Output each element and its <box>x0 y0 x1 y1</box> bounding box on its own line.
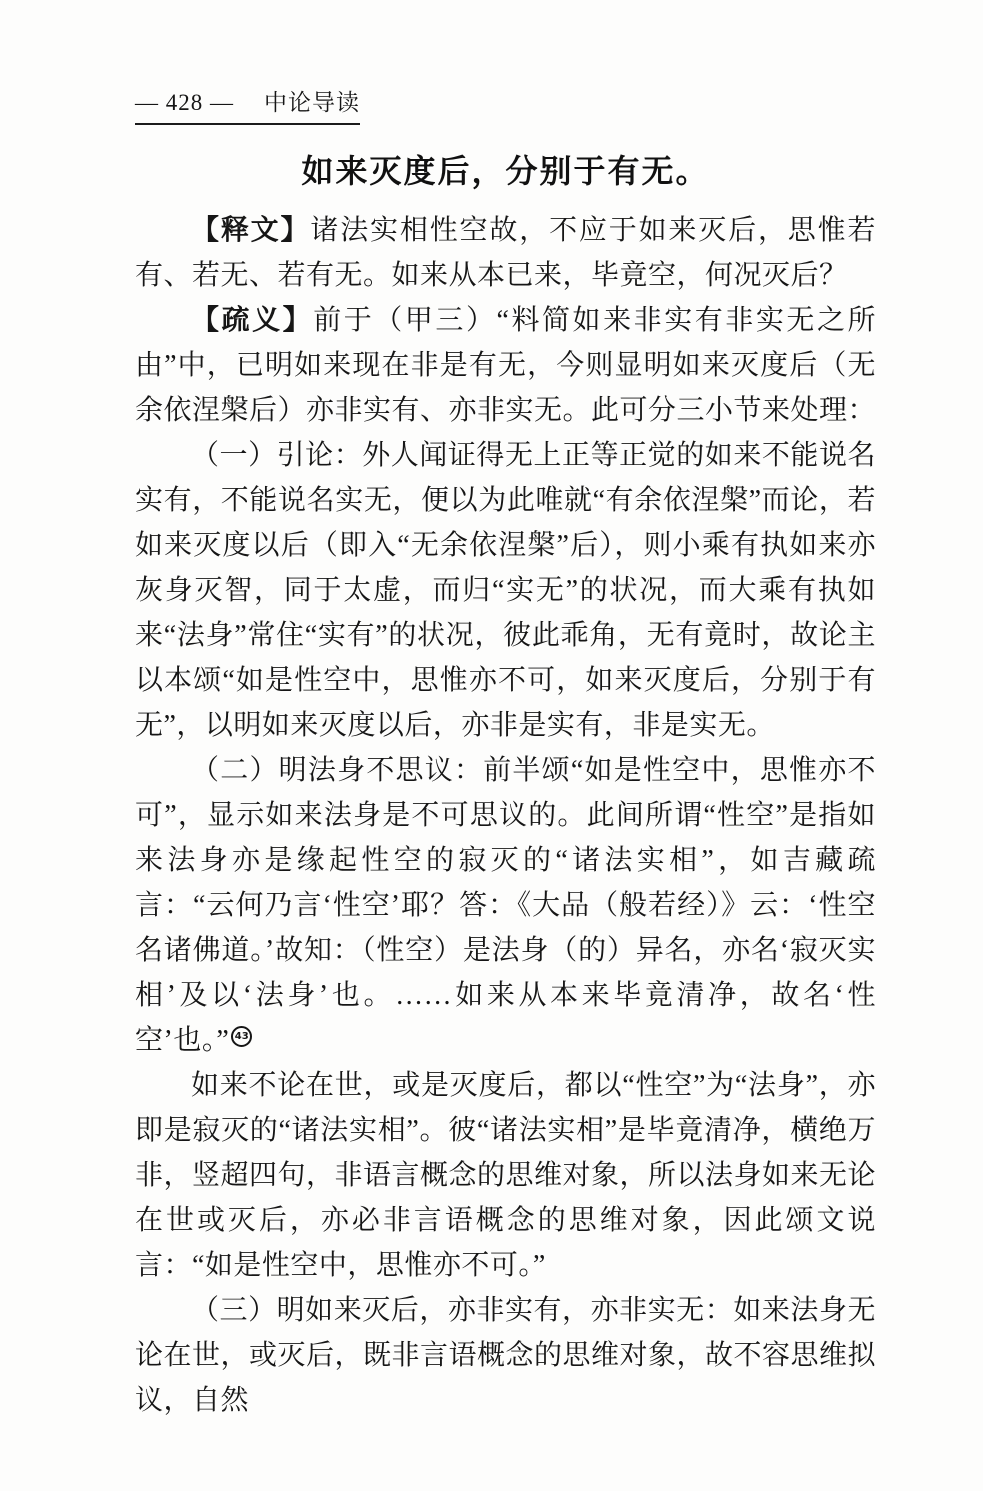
paragraph-shiwen: 【释文】诸法实相性空故，不应于如来灭后，思惟若有、若无、若有无。如来从本已来，毕… <box>135 208 876 298</box>
running-header: — 428 —中论导读 <box>135 84 360 125</box>
paragraph-section-1: （一）引论：外人闻证得无上正等正觉的如来不能说名实有，不能说名实无，便以为此唯就… <box>135 433 876 748</box>
book-title: 中论导读 <box>264 90 360 115</box>
section-1-text: （一）引论：外人闻证得无上正等正觉的如来不能说名实有，不能说名实无，便以为此唯就… <box>135 440 876 741</box>
book-page: — 428 —中论导读 如来灭度后，分别于有无。 【释文】诸法实相性空故，不应于… <box>0 0 983 1491</box>
page-content: 如来灭度后，分别于有无。 【释文】诸法实相性空故，不应于如来灭后，思惟若有、若无… <box>135 146 876 1423</box>
paragraph-section-2: （二）明法身不思议：前半颂“如是性空中，思惟亦不可”，显示如来法身是不可思议的。… <box>135 748 876 1063</box>
page-number: — 428 — <box>135 90 234 115</box>
paragraph-section-3: （三）明如来灭后，亦非实有，亦非实无：如来法身无论在世，或灭后，既非言语概念的思… <box>135 1288 876 1423</box>
shiwen-marker: 【释文】 <box>191 215 310 246</box>
footnote-ref-43: 43 <box>231 1026 252 1047</box>
section-2-text: （二）明法身不思议：前半颂“如是性空中，思惟亦不可”，显示如来法身是不可思议的。… <box>135 755 876 1056</box>
paragraph-dharmakaya-text: 如来不论在世，或是灭度后，都以“性空”为“法身”，亦即是寂灭的“诸法实相”。彼“… <box>135 1070 876 1281</box>
paragraph-dharmakaya: 如来不论在世，或是灭度后，都以“性空”为“法身”，亦即是寂灭的“诸法实相”。彼“… <box>135 1063 876 1288</box>
section-3-text: （三）明如来灭后，亦非实有，亦非实无：如来法身无论在世，或灭后，既非言语概念的思… <box>135 1295 876 1416</box>
paragraph-shuyi: 【疏义】前于（甲三）“料简如来非实有非实无之所由”中，已明如来现在非是有无，今则… <box>135 298 876 433</box>
shuyi-marker: 【疏义】 <box>191 305 313 336</box>
verse-heading: 如来灭度后，分别于有无。 <box>135 146 876 192</box>
